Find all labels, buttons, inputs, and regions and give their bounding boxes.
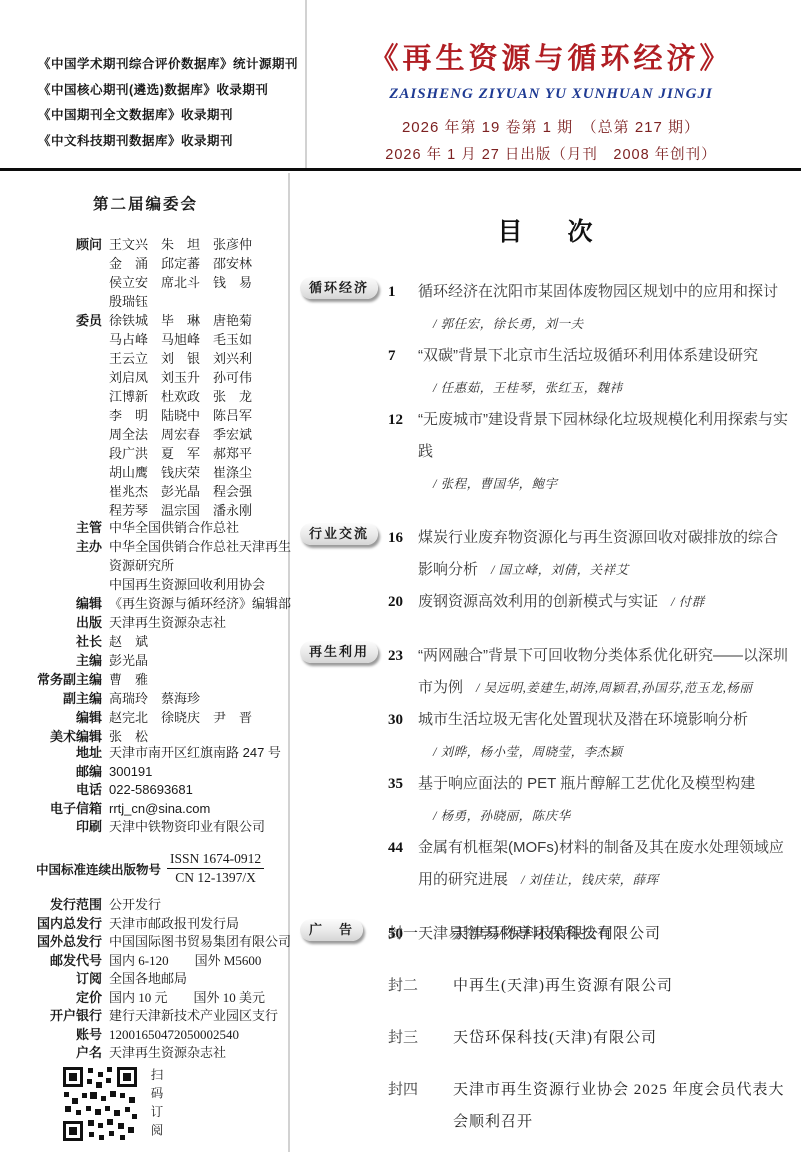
row-label: 编辑: [36, 594, 102, 613]
header-divider: [305, 0, 307, 168]
issue-info-line2: 2026 年 1 月 27 日出版（月刊 2008 年创刊）: [312, 143, 790, 164]
row-value: 公开发行: [109, 896, 161, 915]
row-label: [36, 330, 102, 349]
page-number: 7: [388, 340, 418, 404]
info-row: 电子信箱 rrtj_cn@sina.com: [36, 800, 288, 819]
cover-row: 封三 天岱环保科技(天津)有限公司: [388, 1022, 788, 1054]
row-value: 天津市南开区红旗南路 247 号: [109, 744, 281, 763]
row-label: [36, 387, 102, 406]
board-row: 胡山鹰 钱庆荣 崔涤尘: [36, 463, 288, 482]
row-label: 主办: [36, 537, 102, 556]
column-divider: [288, 173, 290, 1152]
cover-label: 封二: [388, 970, 453, 1002]
row-value: 国内 10 元 国外 10 美元: [109, 989, 265, 1008]
board-row: 崔兆杰 彭光晶 程会强: [36, 482, 288, 501]
board-row: 侯立安 席北斗 钱 易: [36, 273, 288, 292]
toc-entry: 30 城市生活垃圾无害化处置现状及潜在环境影响分析 / 刘晔，杨小莹，周晓莹，李…: [388, 704, 792, 768]
row-value: 国内 6-120 国外 M5600: [109, 952, 261, 971]
row-value: rrtj_cn@sina.com: [109, 800, 210, 819]
row-value: 周全法 周宏春 季宏斌: [109, 425, 252, 444]
row-value: 王云立 刘 银 刘兴利: [109, 349, 252, 368]
toc-entry: 16 煤炭行业废弃物资源化与再生资源回收对碳排放的综合影响分析/ 国立峰，刘倩，…: [388, 522, 792, 586]
info-row: 主管 中华全国供销合作总社: [36, 518, 288, 537]
row-label: [36, 425, 102, 444]
page-number: 16: [388, 522, 418, 586]
toc-section-industry-exchange: 行业交流 16 煤炭行业废弃物资源化与再生资源回收对碳排放的综合影响分析/ 国立…: [300, 522, 792, 618]
info-row: 账号 12001650472050002540: [36, 1026, 288, 1045]
database-line: 《中文科技期刊数据库》收录期刊: [38, 129, 303, 155]
row-label: [36, 556, 102, 575]
cover-row: 封四 天津市再生资源行业协会 2025 年度会员代表大会顺利召开: [388, 1074, 788, 1138]
entry-title: 城市生活垃圾无害化处置现状及潜在环境影响分析: [418, 711, 748, 728]
row-value: 徐铁城 毕 琳 唐艳菊: [109, 311, 252, 330]
page-number: 44: [388, 832, 418, 896]
entry-authors: / 付群: [671, 595, 705, 609]
qr-code: [62, 1066, 138, 1142]
row-label: [36, 368, 102, 387]
row-value: 胡山鹰 钱庆荣 崔涤尘: [109, 463, 252, 482]
qr-caption: 扫码订阅: [147, 1068, 165, 1142]
contact-info: 地址 天津市南开区红旗南路 247 号 邮编 300191 电话 022-586…: [36, 744, 288, 837]
row-label: 委员: [36, 311, 102, 330]
entry-authors: / 任惠茹，王桂琴，张红玉，魏祎: [433, 372, 792, 404]
row-label: [36, 482, 102, 501]
row-label: [36, 292, 102, 311]
row-label: 编辑: [36, 708, 102, 727]
row-value: 王文兴 朱 坦 张彦仲: [109, 235, 252, 254]
row-value: 赵完北 徐晓庆 尹 晋: [109, 708, 252, 727]
info-row: 开户银行 建行天津新技术产业园区支行: [36, 1007, 288, 1026]
board-row: 王云立 刘 银 刘兴利: [36, 349, 288, 368]
info-row: 出版 天津再生资源杂志社: [36, 613, 288, 632]
journal-title: 《再生资源与循环经济》: [312, 36, 790, 77]
row-label: 顾问: [36, 235, 102, 254]
entry-authors: / 刘晔，杨小莹，周晓莹，李杰颖: [433, 736, 792, 768]
row-value: 022-58693681: [109, 781, 193, 800]
info-row: 发行范围 公开发行: [36, 896, 288, 915]
info-row: 定价 国内 10 元 国外 10 美元: [36, 989, 288, 1008]
publishing-info: 主管 中华全国供销合作总社 主办 中华全国供销合作总社天津再生 资源研究所 中国…: [36, 518, 288, 746]
row-value: 高瑞玲 蔡海珍: [109, 689, 200, 708]
row-value: 建行天津新技术产业园区支行: [109, 1007, 278, 1026]
toc-entry: 7 “双碳”背景下北京市生活垃圾循环利用体系建设研究 / 任惠茹，王桂琴，张红玉…: [388, 340, 792, 404]
entry-title: 基于响应面法的 PET 瓶片醇解工艺优化及模型构建: [418, 775, 755, 792]
info-row: 国内总发行 天津市邮政报刊发行局: [36, 915, 288, 934]
cover-listings: 封一 天津易物享环保科技有限公司 封二 中再生(天津)再生资源有限公司 封三 天…: [388, 918, 788, 1152]
row-label: 账号: [36, 1026, 102, 1045]
toc-entry: 1 循环经济在沈阳市某固体废物园区规划中的应用和探讨 / 郭任宏，徐长勇，刘一夫: [388, 276, 792, 340]
database-listing: 《中国学术期刊综合评价数据库》统计源期刊《中国核心期刊(遴选)数据库》收录期刊《…: [38, 52, 303, 154]
row-value: 中国再生资源回收利用协会: [109, 575, 265, 594]
journal-toc-page: 《中国学术期刊综合评价数据库》统计源期刊《中国核心期刊(遴选)数据库》收录期刊《…: [0, 0, 801, 1152]
issn-label: 中国标准连续出版物号: [36, 860, 161, 878]
cover-row: 封一 天津易物享环保科技有限公司: [388, 918, 788, 950]
row-label: 主编: [36, 651, 102, 670]
info-row: 邮发代号 国内 6-120 国外 M5600: [36, 952, 288, 971]
row-value: 崔兆杰 彭光晶 程会强: [109, 482, 252, 501]
row-label: [36, 575, 102, 594]
board-row: 金 涌 邱定蕃 邵安林: [36, 254, 288, 273]
info-row: 编辑 赵完北 徐晓庆 尹 晋: [36, 708, 288, 727]
database-line: 《中国核心期刊(遴选)数据库》收录期刊: [38, 78, 303, 104]
board-row: 段广洪 夏 军 郝郑平: [36, 444, 288, 463]
toc-entry: 20 废钢资源高效利用的创新模式与实证/ 付群: [388, 586, 792, 618]
entry-authors: / 刘佳让，钱庆荣，薛珲: [521, 873, 659, 887]
entry-title: 循环经济在沈阳市某固体废物园区规划中的应用和探讨: [418, 283, 778, 300]
toc-entry: 44 金属有机框架(MOFs)材料的制备及其在废水处理领域应用的研究进展/ 刘佳…: [388, 832, 792, 896]
section-badge: 再生利用: [300, 641, 378, 663]
row-label: 印刷: [36, 818, 102, 837]
row-value: 江博新 杜欢政 张 龙: [109, 387, 252, 406]
row-label: 邮编: [36, 763, 102, 782]
row-value: 侯立安 席北斗 钱 易: [109, 273, 252, 292]
editorial-board: 第二届编委会 顾问 王文兴 朱 坦 张彦仲 金 涌 邱定蕃 邵安林 侯立安 席北…: [36, 192, 288, 520]
info-row: 主办 中华全国供销合作总社天津再生: [36, 537, 288, 556]
row-value: 李 明 陆晓中 陈吕军: [109, 406, 252, 425]
entry-authors: / 国立峰，刘倩，关祥艾: [491, 563, 629, 577]
row-label: 户名: [36, 1044, 102, 1063]
cover-label: 封三: [388, 1022, 453, 1054]
cn-number: CN 12-1397/X: [167, 869, 264, 886]
info-row: 副主编 高瑞玲 蔡海珍: [36, 689, 288, 708]
board-row: 江博新 杜欢政 张 龙: [36, 387, 288, 406]
page-number: 20: [388, 586, 418, 618]
row-label: [36, 406, 102, 425]
row-value: 天津市邮政报刊发行局: [109, 915, 239, 934]
info-row: 主编 彭光晶: [36, 651, 288, 670]
row-label: 发行范围: [36, 896, 102, 915]
row-value: 中国国际图书贸易集团有限公司: [109, 933, 291, 952]
toc-section-recycling-use: 再生利用 23 “两网融合”背景下可回收物分类体系优化研究——以深圳市为例/ 吴…: [300, 640, 792, 896]
board-row: 顾问 王文兴 朱 坦 张彦仲: [36, 235, 288, 254]
row-label: [36, 444, 102, 463]
row-value: 全国各地邮局: [109, 970, 187, 989]
row-value: 彭光晶: [109, 651, 148, 670]
cover-text: 天津易物享环保科技有限公司: [453, 918, 788, 950]
cover-text: 中再生(天津)再生资源有限公司: [453, 970, 788, 1002]
board-row: 殷瑞钰: [36, 292, 288, 311]
row-value: 金 涌 邱定蕃 邵安林: [109, 254, 252, 273]
info-row: 中国再生资源回收利用协会: [36, 575, 288, 594]
row-value: 《再生资源与循环经济》编辑部: [109, 594, 291, 613]
journal-pinyin: ZAISHENG ZIYUAN YU XUNHUAN JINGJI: [312, 86, 790, 103]
info-row: 国外总发行 中国国际图书贸易集团有限公司: [36, 933, 288, 952]
board-row: 委员 徐铁城 毕 琳 唐艳菊: [36, 311, 288, 330]
info-row: 邮编 300191: [36, 763, 288, 782]
board-row: 刘启凤 刘玉升 孙可伟: [36, 368, 288, 387]
board-heading: 第二届编委会: [93, 192, 288, 214]
section-badge: 循环经济: [300, 277, 378, 299]
cover-text: 天津市再生资源行业协会 2025 年度会员代表大会顺利召开: [453, 1074, 788, 1138]
row-value: 中华全国供销合作总社天津再生: [109, 537, 291, 556]
info-row: 电话 022-58693681: [36, 781, 288, 800]
row-label: 副主编: [36, 689, 102, 708]
entry-title: 废钢资源高效利用的创新模式与实证: [418, 593, 658, 610]
row-label: 邮发代号: [36, 952, 102, 971]
database-line: 《中国期刊全文数据库》收录期刊: [38, 103, 303, 129]
cover-label: 封一: [388, 918, 453, 950]
entry-authors: / 吴远明,姜建生,胡涛,周颖君,孙国芬,范玉龙,杨丽: [476, 681, 752, 695]
section-badge: 广 告: [300, 919, 363, 941]
row-value: 曹 雅: [109, 670, 148, 689]
row-value: 赵 斌: [109, 632, 148, 651]
row-value: 天津再生资源杂志社: [109, 1044, 226, 1063]
board-row: 李 明 陆晓中 陈吕军: [36, 406, 288, 425]
info-row: 订阅 全国各地邮局: [36, 970, 288, 989]
row-value: 刘启凤 刘玉升 孙可伟: [109, 368, 252, 387]
section-badge: 行业交流: [300, 523, 378, 545]
info-row: 印刷 天津中铁物资印业有限公司: [36, 818, 288, 837]
row-label: 常务副主编: [36, 670, 102, 689]
journal-masthead: 《再生资源与循环经济》 ZAISHENG ZIYUAN YU XUNHUAN J…: [312, 36, 790, 164]
page-number: 1: [388, 276, 418, 340]
toc-entry: 12 “无废城市”建设背景下园林绿化垃圾规模化利用探索与实践 / 张程，曹国华，…: [388, 404, 792, 500]
board-row: 马占峰 马旭峰 毛玉如: [36, 330, 288, 349]
info-row: 常务副主编 曹 雅: [36, 670, 288, 689]
entry-title: “无废城市”建设背景下园林绿化垃圾规模化利用探索与实践: [418, 411, 788, 460]
row-value: 天津中铁物资印业有限公司: [109, 818, 265, 837]
row-value: 段广洪 夏 军 郝郑平: [109, 444, 252, 463]
toc-section-circular-economy: 循环经济 1 循环经济在沈阳市某固体废物园区规划中的应用和探讨 / 郭任宏，徐长…: [300, 276, 792, 500]
info-row: 社长 赵 斌: [36, 632, 288, 651]
issn-block: 中国标准连续出版物号 ISSN 1674-0912 CN 12-1397/X: [36, 851, 288, 886]
entry-authors: / 张程，曹国华，鲍宇: [433, 468, 792, 500]
page-number: 30: [388, 704, 418, 768]
page-number: 23: [388, 640, 418, 704]
header-rule: [0, 168, 801, 171]
row-label: 定价: [36, 989, 102, 1008]
issn-number: ISSN 1674-0912: [167, 851, 264, 869]
database-line: 《中国学术期刊综合评价数据库》统计源期刊: [38, 52, 303, 78]
row-label: [36, 463, 102, 482]
row-value: 殷瑞钰: [109, 292, 148, 311]
info-row: 户名 天津再生资源杂志社: [36, 1044, 288, 1063]
toc: 循环经济 1 循环经济在沈阳市某固体废物园区规划中的应用和探讨 / 郭任宏，徐长…: [300, 276, 792, 972]
row-label: 电话: [36, 781, 102, 800]
info-row: 资源研究所: [36, 556, 288, 575]
board-row: 周全法 周宏春 季宏斌: [36, 425, 288, 444]
row-label: 出版: [36, 613, 102, 632]
entry-authors: / 杨勇，孙晓丽，陈庆华: [433, 800, 792, 832]
row-value: 资源研究所: [109, 556, 174, 575]
row-label: 国内总发行: [36, 915, 102, 934]
toc-entry: 35 基于响应面法的 PET 瓶片醇解工艺优化及模型构建 / 杨勇，孙晓丽，陈庆…: [388, 768, 792, 832]
row-label: [36, 273, 102, 292]
entry-authors: / 郭任宏，徐长勇，刘一夫: [433, 308, 792, 340]
page-number: 35: [388, 768, 418, 832]
row-label: 国外总发行: [36, 933, 102, 952]
row-value: 300191: [109, 763, 152, 782]
info-row: 编辑 《再生资源与循环经济》编辑部: [36, 594, 288, 613]
toc-heading: 目 次: [310, 212, 790, 248]
issn-numbers: ISSN 1674-0912 CN 12-1397/X: [167, 851, 264, 886]
row-value: 天津再生资源杂志社: [109, 613, 226, 632]
row-label: 开户银行: [36, 1007, 102, 1026]
row-value: 中华全国供销合作总社: [109, 518, 239, 537]
row-value: 12001650472050002540: [109, 1026, 239, 1045]
page-number: 12: [388, 404, 418, 500]
subscribe-qr: 扫码订阅: [62, 1066, 314, 1142]
distribution-info: 发行范围 公开发行 国内总发行 天津市邮政报刊发行局 国外总发行 中国国际图书贸…: [36, 896, 288, 1063]
row-label: 订阅: [36, 970, 102, 989]
row-label: 地址: [36, 744, 102, 763]
cover-row: 封二 中再生(天津)再生资源有限公司: [388, 970, 788, 1002]
row-label: 主管: [36, 518, 102, 537]
row-label: [36, 349, 102, 368]
row-value: 马占峰 马旭峰 毛玉如: [109, 330, 252, 349]
row-label: 社长: [36, 632, 102, 651]
cover-text: 天岱环保科技(天津)有限公司: [453, 1022, 788, 1054]
issue-info-line1: 2026 年第 19 卷第 1 期 （总第 217 期）: [312, 116, 790, 137]
entry-title: “双碳”背景下北京市生活垃圾循环利用体系建设研究: [418, 347, 758, 364]
info-row: 地址 天津市南开区红旗南路 247 号: [36, 744, 288, 763]
row-label: 电子信箱: [36, 800, 102, 819]
row-label: [36, 254, 102, 273]
toc-entry: 23 “两网融合”背景下可回收物分类体系优化研究——以深圳市为例/ 吴远明,姜建…: [388, 640, 792, 704]
cover-label: 封四: [388, 1074, 453, 1138]
